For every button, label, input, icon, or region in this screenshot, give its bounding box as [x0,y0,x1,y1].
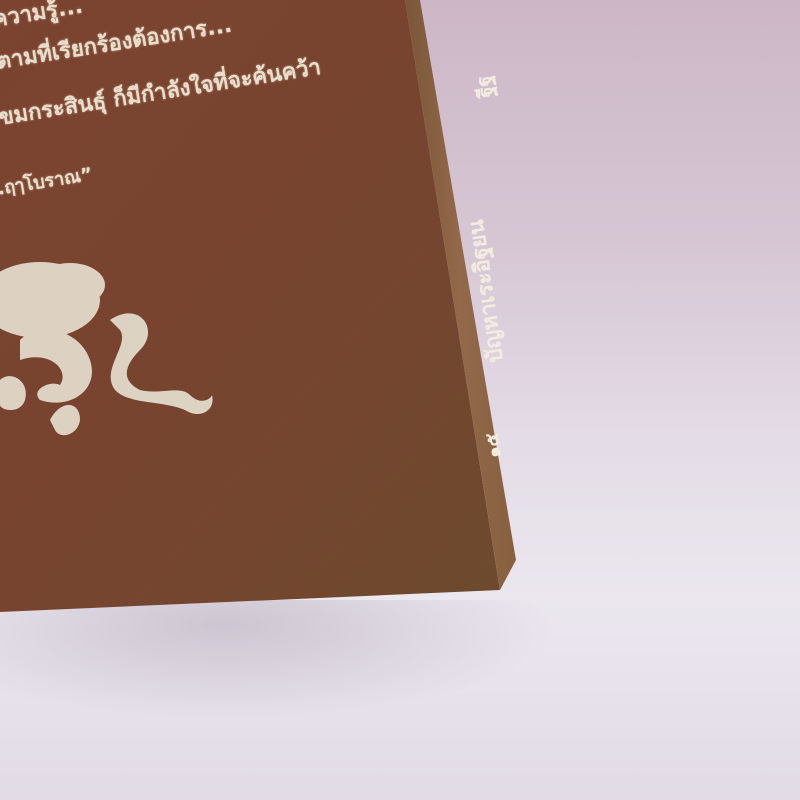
photo-scene: ความรู้... ตามที่เรียกร้องต้องการ... ขมก… [0,0,800,800]
spine-volume: ๑๕ [477,431,509,460]
spine-publisher-mark: ฐีฐ [467,74,502,100]
book-shape [0,0,800,800]
